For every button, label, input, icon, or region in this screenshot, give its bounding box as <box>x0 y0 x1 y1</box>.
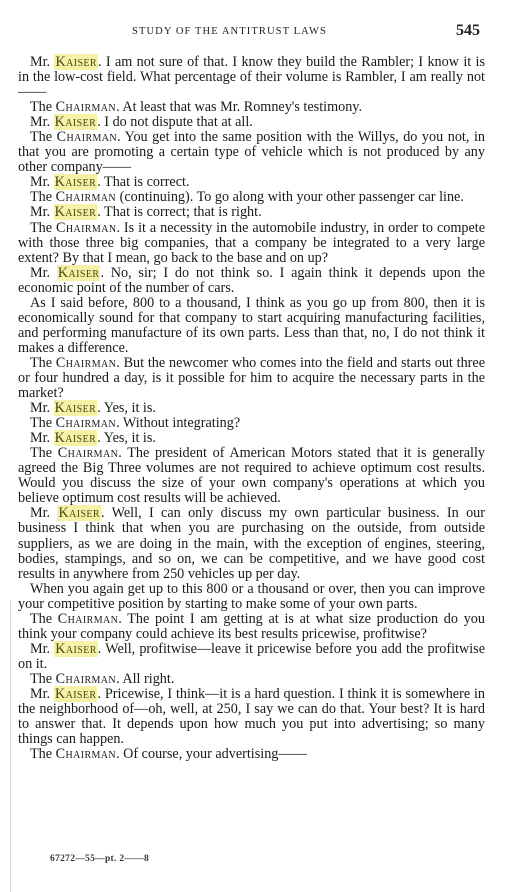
speaker-prefix: The <box>30 445 58 461</box>
speaker-name: Chairman <box>56 189 116 205</box>
speaker-prefix: The <box>30 415 56 431</box>
speaker-prefix: The <box>30 189 56 205</box>
speaker-name: Chairman <box>57 129 117 145</box>
speaker-prefix: Mr. <box>30 174 54 190</box>
highlighted-speaker-name: Kaiser <box>54 430 98 446</box>
transcript-paragraph: Mr. Kaiser. Yes, it is. <box>18 431 485 446</box>
transcript-paragraph: The Chairman. But the newcomer who comes… <box>18 356 485 401</box>
paragraph-text: . Yes, it is. <box>97 430 156 446</box>
page-edge-line <box>10 600 11 892</box>
paragraph-text: . Of course, your advertising—— <box>116 746 307 762</box>
speaker-name: Chairman <box>56 415 116 431</box>
speaker-prefix: Mr. <box>30 686 54 702</box>
highlighted-speaker-name: Kaiser <box>54 686 98 702</box>
highlighted-speaker-name: Kaiser <box>54 174 98 190</box>
speaker-prefix: The <box>30 746 56 762</box>
transcript-paragraph: The Chairman. You get into the same posi… <box>18 130 485 175</box>
paragraph-text: As I said before, 800 to a thousand, I t… <box>18 295 485 356</box>
paragraph-text: When you again get up to this 800 or a t… <box>18 581 485 612</box>
speaker-name: Chairman <box>58 445 118 461</box>
transcript-paragraph: The Chairman. The point I am getting at … <box>18 612 485 642</box>
speaker-name: Chairman <box>56 355 116 371</box>
transcript-paragraph: Mr. Kaiser. Well, profitwise—leave it pr… <box>18 642 485 672</box>
highlighted-speaker-name: Kaiser <box>54 204 98 220</box>
paragraph-text: . At least that was Mr. Romney's testimo… <box>116 99 362 115</box>
paragraph-text: . That is correct; that is right. <box>97 204 261 220</box>
document-page: STUDY OF THE ANTITRUST LAWS 545 Mr. Kais… <box>0 0 518 892</box>
running-head: STUDY OF THE ANTITRUST LAWS <box>132 26 327 37</box>
transcript-paragraph: Mr. Kaiser. No, sir; I do not think so. … <box>18 266 485 296</box>
highlighted-speaker-name: Kaiser <box>54 400 98 416</box>
paragraph-text: (continuing). To go along with your othe… <box>116 189 464 205</box>
transcript-paragraph: Mr. Kaiser. I do not dispute that at all… <box>18 115 485 130</box>
speaker-prefix: Mr. <box>30 430 54 446</box>
speaker-prefix: Mr. <box>30 400 54 416</box>
highlighted-speaker-name: Kaiser <box>54 114 98 130</box>
speaker-prefix: The <box>30 99 56 115</box>
transcript-paragraph: Mr. Kaiser. That is correct. <box>18 175 485 190</box>
speaker-name: Chairman <box>56 220 116 236</box>
speaker-name: Chairman <box>56 746 116 762</box>
speaker-prefix: The <box>30 671 56 687</box>
highlighted-speaker-name: Kaiser <box>54 54 98 70</box>
page-number: 545 <box>456 22 480 40</box>
transcript-paragraph: The Chairman. Of course, your advertisin… <box>18 747 485 762</box>
highlighted-speaker-name: Kaiser <box>57 505 101 521</box>
transcript-paragraph: As I said before, 800 to a thousand, I t… <box>18 296 485 356</box>
transcript-paragraph: The Chairman. The president of American … <box>18 446 485 506</box>
transcript-paragraph: Mr. Kaiser. Pricewise, I think—it is a h… <box>18 687 485 747</box>
transcript-body: Mr. Kaiser. I am not sure of that. I kno… <box>18 55 485 762</box>
speaker-name: Chairman <box>56 671 116 687</box>
speaker-prefix: Mr. <box>30 54 54 70</box>
speaker-prefix: The <box>30 220 56 236</box>
print-code: 67272—55—pt. 2——8 <box>50 854 149 864</box>
speaker-name: Chairman <box>58 611 118 627</box>
page-header: STUDY OF THE ANTITRUST LAWS 545 <box>0 22 518 42</box>
paragraph-text: . Yes, it is. <box>97 400 156 416</box>
transcript-paragraph: The Chairman (continuing). To go along w… <box>18 190 485 205</box>
speaker-prefix: Mr. <box>30 505 57 521</box>
transcript-paragraph: Mr. Kaiser. I am not sure of that. I kno… <box>18 55 485 100</box>
speaker-prefix: The <box>30 611 58 627</box>
speaker-prefix: Mr. <box>30 204 54 220</box>
speaker-prefix: Mr. <box>30 114 54 130</box>
transcript-paragraph: The Chairman. Without integrating? <box>18 416 485 431</box>
transcript-paragraph: When you again get up to this 800 or a t… <box>18 582 485 612</box>
transcript-paragraph: Mr. Kaiser. That is correct; that is rig… <box>18 205 485 220</box>
speaker-name: Chairman <box>56 99 116 115</box>
speaker-prefix: The <box>30 355 56 371</box>
transcript-paragraph: Mr. Kaiser. Yes, it is. <box>18 401 485 416</box>
transcript-paragraph: The Chairman. At least that was Mr. Romn… <box>18 100 485 115</box>
speaker-prefix: Mr. <box>30 641 54 657</box>
highlighted-speaker-name: Kaiser <box>54 641 98 657</box>
paragraph-text: . Without integrating? <box>116 415 240 431</box>
paragraph-text: . I do not dispute that at all. <box>97 114 253 130</box>
transcript-paragraph: The Chairman. Is it a necessity in the a… <box>18 221 485 266</box>
speaker-prefix: The <box>30 129 57 145</box>
highlighted-speaker-name: Kaiser <box>57 265 101 281</box>
paragraph-text: . That is correct. <box>97 174 189 190</box>
transcript-paragraph: Mr. Kaiser. Well, I can only discuss my … <box>18 506 485 581</box>
paragraph-text: . All right. <box>116 671 174 687</box>
transcript-paragraph: The Chairman. All right. <box>18 672 485 687</box>
speaker-prefix: Mr. <box>30 265 57 281</box>
